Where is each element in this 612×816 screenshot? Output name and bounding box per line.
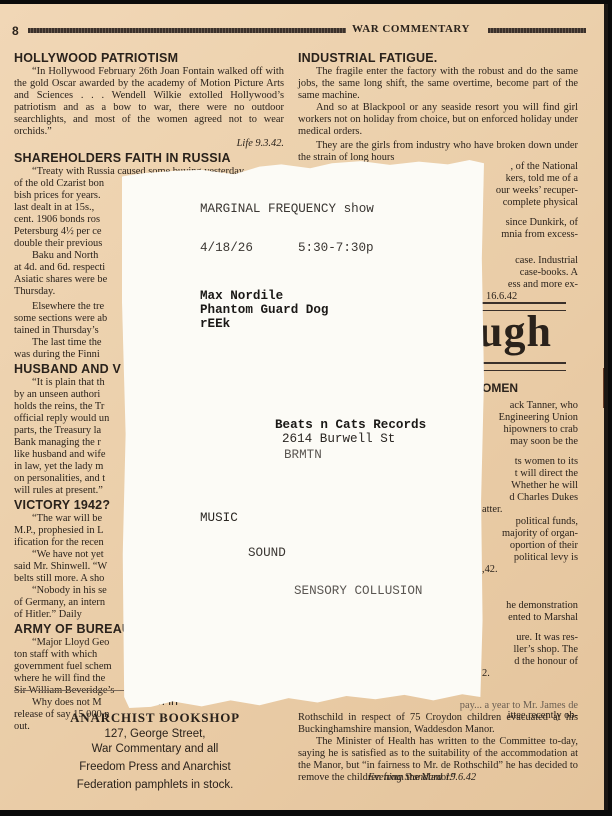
fragment-line: may soon be the	[482, 436, 578, 448]
flyer-title: MARGINAL FREQUENCY show	[200, 202, 374, 216]
header-rule-left	[28, 28, 346, 33]
fragment-line: our weeks’ recuper-	[486, 185, 578, 197]
article-text: The fragile enter the factory with the r…	[298, 66, 578, 102]
fragment-line: , of the National	[486, 161, 578, 173]
tagline-music: MUSIC	[200, 511, 238, 525]
fragment-line: ess and more ex-	[486, 279, 578, 291]
running-header: 8 WAR COMMENTARY	[12, 24, 586, 38]
fragment-line: he demonstration	[482, 600, 578, 612]
article-text: And so at Blackpool or any seaside resor…	[298, 102, 578, 138]
article-heading: INDUSTRIAL FATIGUE.	[298, 52, 578, 64]
masthead: WAR COMMENTARY	[352, 23, 470, 35]
fragment-line: majority of organ-	[482, 528, 578, 540]
advert-line: Freedom Press and Anarchist	[40, 759, 270, 776]
fragment-line: ller’s shop. The	[482, 644, 578, 656]
lineup-act: Max Nordile	[200, 289, 283, 303]
tagline-sensory: SENSORY COLLUSION	[294, 584, 422, 598]
article-text: Rothschild in respect of 75 Croydon chil…	[298, 712, 578, 736]
advert-title: ANARCHIST BOOKSHOP	[40, 710, 270, 726]
right-bottom-article: pay... a year to Mr. James de Rothschild…	[298, 700, 578, 784]
fragment-line: political levy is	[482, 552, 578, 564]
fragment-line: atter.	[482, 504, 578, 516]
fragment-line: ure. It was res-	[482, 632, 578, 644]
tagline-sound: SOUND	[248, 546, 286, 560]
fragment-line: Engineering Union	[482, 412, 578, 424]
typewritten-flyer: MARGINAL FREQUENCY show 4/18/26 5:30-7:3…	[122, 160, 484, 708]
advert-line: War Commentary and all	[40, 741, 270, 758]
article-heading: HOLLYWOOD PATRIOTISM	[14, 52, 284, 64]
fragment-line: ts women to its	[482, 456, 578, 468]
fragment-heading: OMEN	[482, 382, 578, 394]
article-text: “In Hollywood February 26th Joan Fontain…	[14, 66, 284, 138]
fragment-line: d the honour of	[482, 656, 578, 668]
venue-city: BRMTN	[284, 448, 322, 462]
fragment-line: oportion of their	[482, 540, 578, 552]
flyer-time: 5:30-7:30p	[298, 241, 374, 255]
bookshop-advert: When in ANARCHIST BOOKSHOP 127, George S…	[40, 694, 270, 794]
fragment-block-lower: OMEN ack Tanner, who Engineering Union h…	[482, 382, 578, 722]
fragment-line: ack Tanner, who	[482, 400, 578, 412]
fragment-line: 2.	[482, 668, 578, 680]
venue-name: Beats n Cats Records	[275, 418, 426, 432]
fragment-line: since Dunkirk, of	[486, 217, 578, 229]
flyer-date: 4/18/26	[200, 241, 253, 255]
fragment-line: kers, told me of a	[486, 173, 578, 185]
banner-fragment: ugh	[478, 310, 552, 354]
fragment-line: hipowners to crab	[482, 424, 578, 436]
fragment-line: d Charles Dukes	[482, 492, 578, 504]
advert-address: 127, George Street,	[40, 728, 270, 740]
fragment-line: case. Industrial	[486, 255, 578, 267]
advert-divider	[14, 690, 124, 691]
page-edge-stain	[603, 368, 606, 408]
fragment-line: complete physical	[486, 197, 578, 209]
page-number: 8	[12, 24, 19, 38]
fragment-line: t will direct the	[482, 468, 578, 480]
article-text-partial: pay... a year to Mr. James de	[298, 700, 578, 712]
fragment-line: Whether he will	[482, 480, 578, 492]
article-heading: SHAREHOLDERS FAITH IN RUSSIA	[14, 152, 284, 164]
article-citation: Life 9.3.42.	[14, 138, 284, 150]
fragment-line: mnia from excess-	[486, 229, 578, 241]
fragment-line: case-books. A	[486, 267, 578, 279]
lineup-act: Phantom Guard Dog	[200, 303, 328, 317]
lineup-act: rEEk	[200, 317, 230, 331]
fragment-line: ented to Marshal	[482, 612, 578, 624]
advert-line: Federation pamphlets in stock.	[40, 777, 270, 794]
article-citation: Evening Standard 19.6.42	[368, 772, 578, 784]
fragment-block-upper: , of the National kers, told me of a our…	[486, 161, 578, 303]
fragment-line: ,42.	[482, 564, 578, 576]
banner-rule-bottom	[478, 362, 566, 371]
venue-address: 2614 Burwell St	[282, 432, 395, 446]
header-rule-right	[488, 28, 586, 33]
right-column: INDUSTRIAL FATIGUE. The fragile enter th…	[298, 50, 578, 164]
fragment-line: political funds,	[482, 516, 578, 528]
